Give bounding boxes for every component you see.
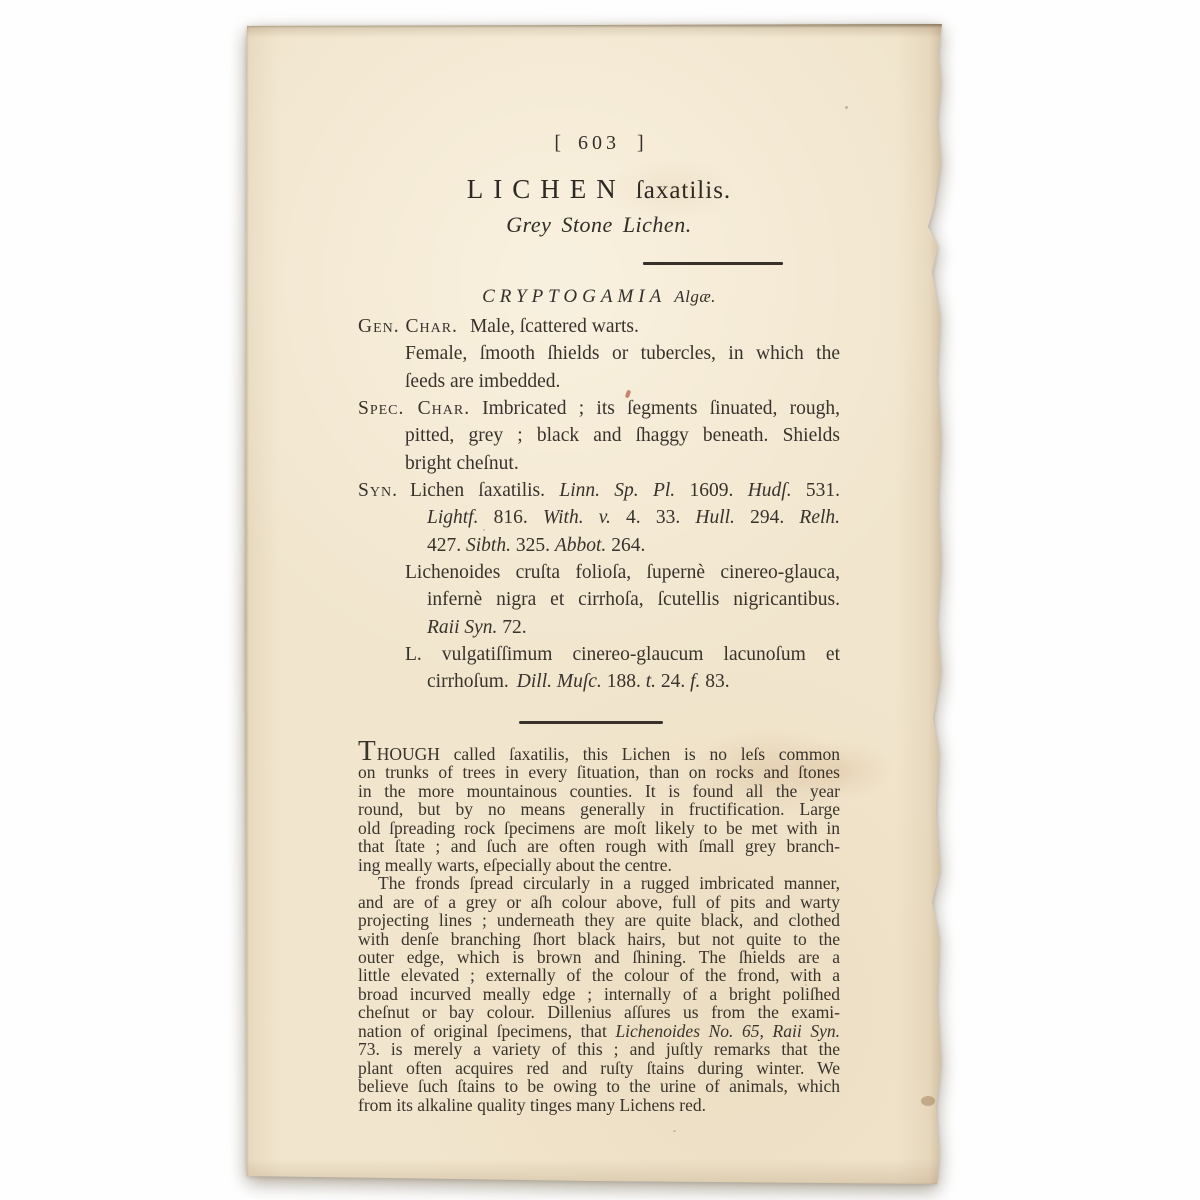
page-title: LICHENſaxatilis. bbox=[358, 174, 840, 205]
gen-char-line: Female, ſmooth ſhields or tubercles, in … bbox=[358, 340, 840, 367]
syn-text: Lichen ſaxatilis. bbox=[410, 480, 559, 501]
spec-char-line: bright cheſnut. bbox=[358, 450, 840, 477]
common-name: Grey Stone Lichen. bbox=[358, 212, 840, 238]
book-page: [603] LICHENſaxatilis. Grey Stone Lichen… bbox=[245, 24, 945, 1188]
body-line: outer edge, which is brown and ſhining. … bbox=[358, 948, 840, 966]
syn-text: 24. bbox=[656, 671, 690, 692]
body-line: and are of a grey or aſh colour above, f… bbox=[358, 893, 840, 911]
page-number-row: [603] bbox=[358, 132, 840, 155]
order-name: Algæ. bbox=[674, 287, 716, 306]
synonym-line: L. vulgatiſſimum cinereo-glaucum lacunoſ… bbox=[358, 641, 840, 668]
class-name: CRYPTOGAMIA bbox=[482, 286, 666, 307]
syn-ref: t. bbox=[646, 671, 656, 692]
body-text: HOUGH called ſaxatilis, this Lichen is n… bbox=[377, 744, 840, 764]
bracket-open: [ bbox=[554, 132, 561, 154]
syn-text: 531. bbox=[792, 480, 840, 501]
body-line: ing meally warts, eſpecially about the c… bbox=[358, 856, 840, 874]
gen-char-line: ſeeds are imbedded. bbox=[358, 368, 840, 395]
syn-ref: Lightf. bbox=[427, 507, 478, 528]
body-line: The fronds ſpread circularly in a rugged… bbox=[358, 874, 840, 892]
body-line: cheſnut or bay colour. Dillenius aſſures… bbox=[358, 1003, 840, 1021]
gen-char-line: Gen. Char.Male, ſcattered warts. bbox=[358, 313, 840, 340]
page-content: [603] LICHENſaxatilis. Grey Stone Lichen… bbox=[245, 24, 945, 1188]
syn-text: 72. bbox=[497, 617, 526, 638]
synonym-line: Lichenoides cruſta folioſa, ſupernè cine… bbox=[358, 559, 840, 586]
body-line: on trunks of trees in every ſituation, t… bbox=[358, 763, 840, 781]
synonym-line: 427. Sibth. 325. Abbot. 264. bbox=[358, 532, 840, 559]
body-line: 73. is merely a variety of this ; and ju… bbox=[358, 1040, 840, 1058]
body-line: old ſpreading rock ſpecimens are moſt li… bbox=[358, 819, 840, 837]
section-divider bbox=[519, 721, 663, 724]
syn-ref: Sibth. bbox=[466, 535, 511, 556]
synonym-line: cirrhoſum.Dill. Muſc. 188. t. 24. f. 83. bbox=[358, 668, 840, 695]
syn-label: Syn. bbox=[358, 480, 398, 501]
body-line: THOUGH called ſaxatilis, this Lichen is … bbox=[358, 742, 840, 763]
syn-ref: Hull. bbox=[695, 507, 735, 528]
syn-text: 325. bbox=[511, 535, 555, 556]
syn-text: 1609. bbox=[675, 480, 748, 501]
syn-ref: Dill. Muſc. bbox=[517, 671, 602, 692]
body-ref: Lichenoides No. 65, Raii Syn. bbox=[615, 1021, 840, 1041]
syn-text: 83. bbox=[700, 671, 729, 692]
bracket-close: ] bbox=[637, 132, 644, 154]
page-number: 603 bbox=[578, 132, 620, 154]
syn-ref: With. v. bbox=[543, 507, 611, 528]
body-text: nation of original ſpecimens, that bbox=[358, 1021, 615, 1041]
body-line: believe ſuch ſtains to be owing to the u… bbox=[358, 1077, 840, 1095]
syn-text: 4. 33. bbox=[611, 507, 696, 528]
spec-char-line: Spec. Char.Imbricated ; its ſegments ſin… bbox=[358, 395, 840, 422]
spec-char-label: Spec. Char. bbox=[358, 398, 470, 419]
synonym-line: Syn.Lichen ſaxatilis. Linn. Sp. Pl. 1609… bbox=[358, 477, 840, 504]
synonym-line: infernè nigra et cirrhoſa, ſcutellis nig… bbox=[358, 586, 840, 613]
spec-char-text: Imbricated ; its ſegments ſinuated, roug… bbox=[482, 398, 840, 419]
gen-char-text: Male, ſcattered warts. bbox=[470, 316, 639, 337]
synonym-line: Raii Syn. 72. bbox=[358, 614, 840, 641]
body-line: broad incurved meally edge ; internally … bbox=[358, 985, 840, 1003]
syn-ref: Linn. Sp. Pl. bbox=[559, 480, 675, 501]
synopsis-block: Gen. Char.Male, ſcattered warts. Female,… bbox=[358, 313, 840, 696]
body-line: projecting lines ; underneath they are q… bbox=[358, 911, 840, 929]
syn-text: cirrhoſum. bbox=[427, 671, 509, 692]
synonym-line: Lightf. 816. With. v. 4. 33. Hull. 294. … bbox=[358, 504, 840, 531]
body-line: plant often acquires red and ruſty ſtain… bbox=[358, 1059, 840, 1077]
syn-ref: Hudſ. bbox=[748, 480, 792, 501]
syn-ref: Abbot. bbox=[555, 535, 606, 556]
species-epithet: ſaxatilis. bbox=[636, 177, 731, 204]
genus-name: LICHEN bbox=[467, 174, 626, 204]
syn-text: 816. bbox=[478, 507, 542, 528]
gen-char-label: Gen. Char. bbox=[358, 316, 458, 337]
body-line: from its alkaline quality tinges many Li… bbox=[358, 1096, 840, 1114]
classification-line: CRYPTOGAMIAAlgæ. bbox=[358, 286, 840, 308]
spec-char-line: pitted, grey ; black and ſhaggy beneath.… bbox=[358, 422, 840, 449]
body-line: that ſtate ; and ſuch are often rough wi… bbox=[358, 837, 840, 855]
syn-text: 427. bbox=[427, 535, 466, 556]
paper-sheet: [603] LICHENſaxatilis. Grey Stone Lichen… bbox=[245, 24, 945, 1188]
syn-text: 294. bbox=[735, 507, 799, 528]
scan-background: [603] LICHENſaxatilis. Grey Stone Lichen… bbox=[0, 0, 1200, 1200]
body-line: little elevated ; externally of the colo… bbox=[358, 966, 840, 984]
body-line: in the more mountainous counties. It is … bbox=[358, 782, 840, 800]
syn-ref: Relh. bbox=[799, 507, 840, 528]
body-line: nation of original ſpecimens, that Liche… bbox=[358, 1022, 840, 1040]
syn-ref: Raii Syn. bbox=[427, 617, 497, 638]
description-block: THOUGH called ſaxatilis, this Lichen is … bbox=[358, 742, 840, 1114]
syn-text: 264. bbox=[606, 535, 645, 556]
syn-ref: f. bbox=[690, 671, 700, 692]
syn-text: 188. bbox=[602, 671, 646, 692]
body-line: with denſe branching ſhort black hairs, … bbox=[358, 930, 840, 948]
section-divider bbox=[643, 262, 783, 265]
body-line: round, but by no means generally in fruc… bbox=[358, 800, 840, 818]
